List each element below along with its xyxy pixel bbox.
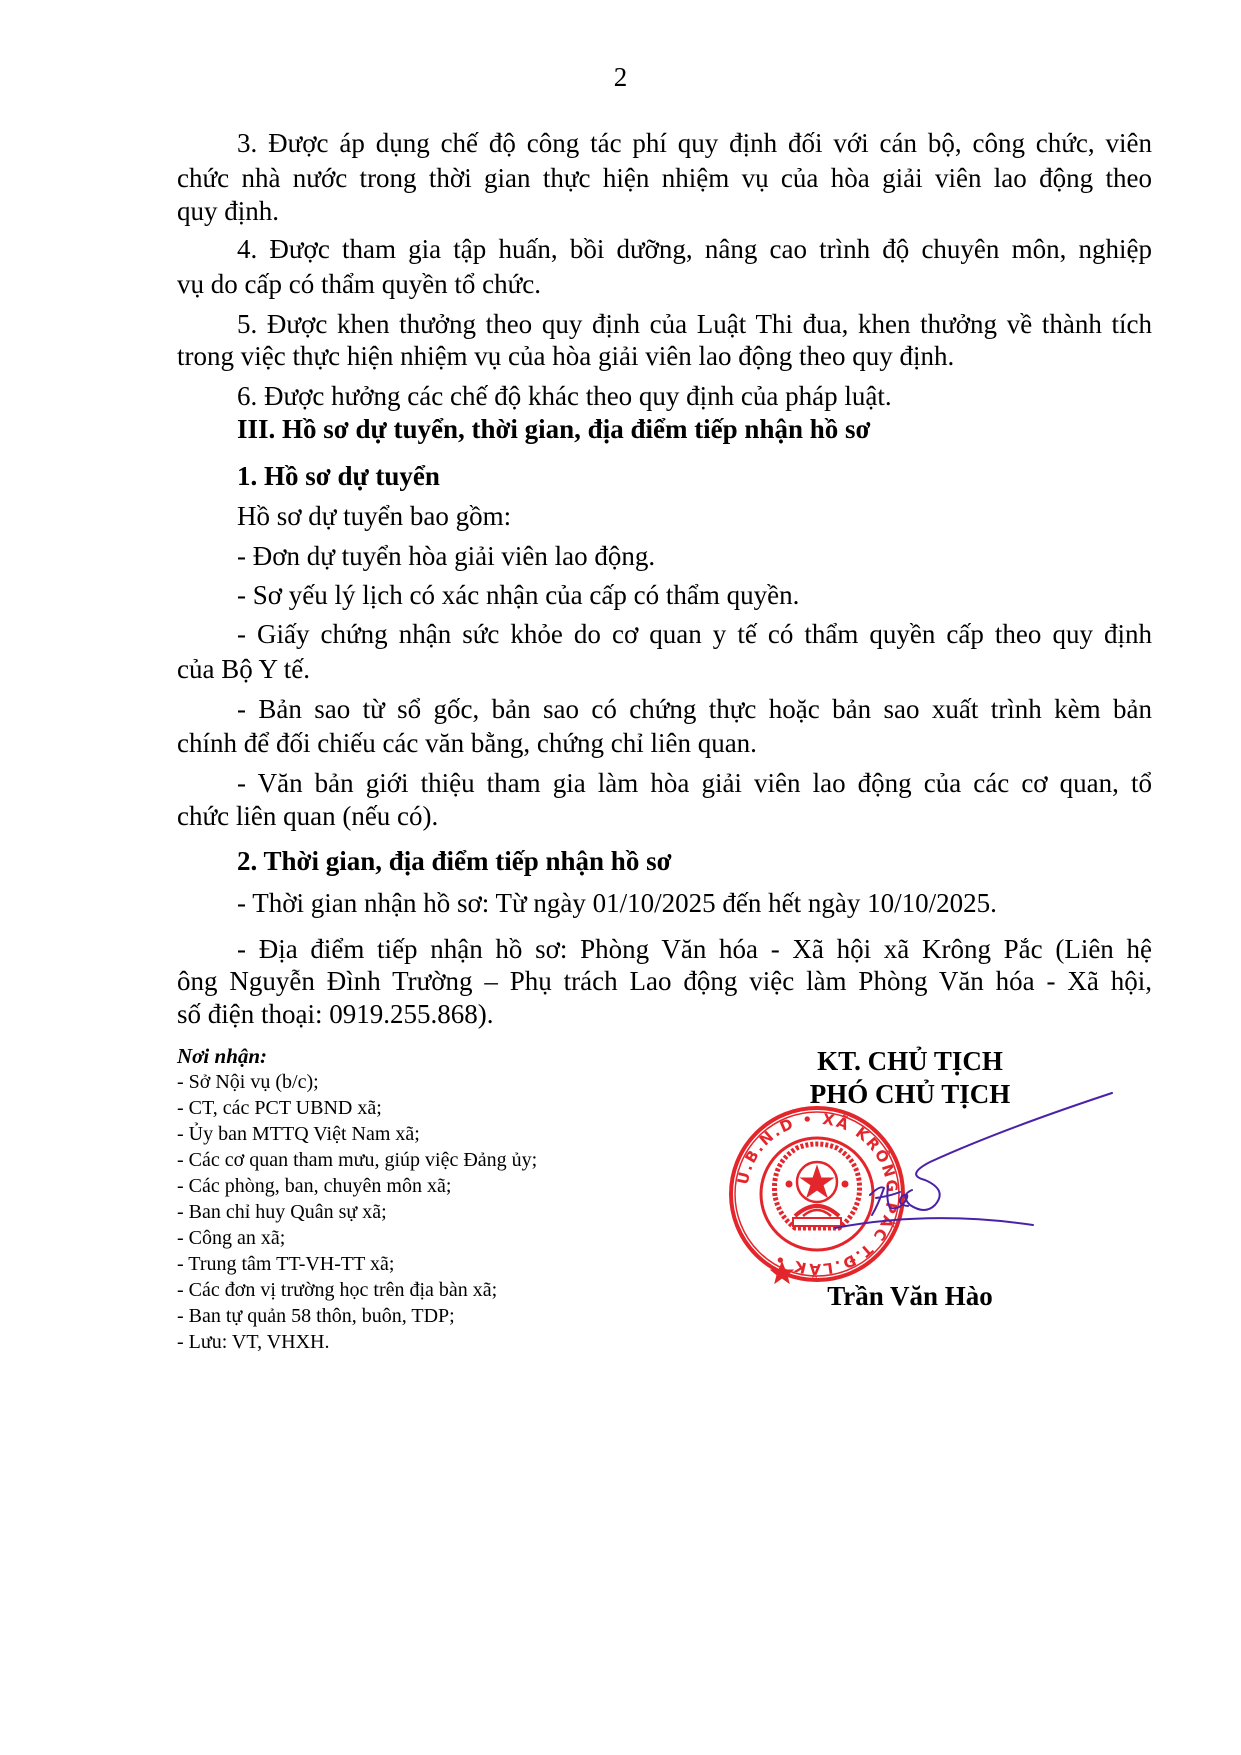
list-item-continued: của Bộ Y tế.: [177, 654, 1152, 684]
intro-line: Hồ sơ dự tuyển bao gồm:: [237, 501, 1152, 531]
paragraph-line: quy định.: [177, 196, 1152, 226]
recipient-item: - Các phòng, ban, chuyên môn xã;: [177, 1173, 537, 1199]
paragraph-line: 6. Được hưởng các chế độ khác theo quy đ…: [237, 381, 1152, 411]
subsection-heading: 2. Thời gian, địa điểm tiếp nhận hồ sơ: [237, 846, 1152, 876]
official-seal-icon: U.B.N.D • XÃ KRÔNG PẮC T.Đ.LẮK •: [727, 1104, 907, 1284]
page-number: 2: [0, 62, 1241, 92]
recipient-item: - Lưu: VT, VHXH.: [177, 1329, 537, 1355]
list-item-continued: chức liên quan (nếu có).: [177, 801, 1152, 831]
recipient-item: - Trung tâm TT-VH-TT xã;: [177, 1251, 537, 1277]
paragraph-line: vụ do cấp có thẩm quyền tổ chức.: [177, 269, 1152, 299]
recipient-item: - Công an xã;: [177, 1225, 537, 1251]
list-item: - Sơ yếu lý lịch có xác nhận của cấp có …: [237, 580, 1152, 610]
list-item-continued: chính để đối chiếu các văn bằng, chứng c…: [177, 728, 1152, 758]
section-heading: III. Hồ sơ dự tuyển, thời gian, địa điểm…: [237, 414, 1152, 444]
signatory-title-line1: KT. CHỦ TỊCH: [760, 1045, 1060, 1077]
paragraph-line: chức nhà nước trong thời gian thực hiện …: [177, 163, 1152, 193]
list-item: - Giấy chứng nhận sức khỏe do cơ quan y …: [237, 619, 1152, 649]
list-item: - Văn bản giới thiệu tham gia làm hòa gi…: [237, 768, 1152, 798]
list-item: - Đơn dự tuyển hòa giải viên lao động.: [237, 541, 1152, 571]
list-item-continued: ông Nguyễn Đình Trường – Phụ trách Lao đ…: [177, 966, 1152, 996]
paragraph-line: trong việc thực hiện nhiệm vụ của hòa gi…: [177, 341, 1152, 371]
recipient-item: - Ủy ban MTTQ Việt Nam xã;: [177, 1121, 537, 1147]
recipient-item: - Sở Nội vụ (b/c);: [177, 1069, 537, 1095]
list-item-continued: số điện thoại: 0919.255.868).: [177, 999, 1152, 1029]
recipient-item: - Các đơn vị trường học trên địa bàn xã;: [177, 1277, 537, 1303]
signer-name: Trần Văn Hào: [760, 1280, 1060, 1312]
recipient-item: - Ban tự quản 58 thôn, buôn, TDP;: [177, 1303, 537, 1329]
paragraph-line: 4. Được tham gia tập huấn, bồi dưỡng, nâ…: [237, 234, 1152, 264]
recipient-item: - Ban chỉ huy Quân sự xã;: [177, 1199, 537, 1225]
recipient-item: - Các cơ quan tham mưu, giúp việc Đảng ủ…: [177, 1147, 537, 1173]
list-item: - Thời gian nhận hồ sơ: Từ ngày 01/10/20…: [237, 888, 1152, 918]
recipients-block: Nơi nhận: - Sở Nội vụ (b/c); - CT, các P…: [177, 1043, 537, 1355]
list-item: - Bản sao từ sổ gốc, bản sao có chứng th…: [237, 694, 1152, 724]
subsection-heading: 1. Hồ sơ dự tuyển: [237, 461, 1152, 491]
document-page: 2 3. Được áp dụng chế độ công tác phí qu…: [0, 0, 1241, 1755]
recipients-title: Nơi nhận:: [177, 1043, 537, 1069]
recipient-item: - CT, các PCT UBND xã;: [177, 1095, 537, 1121]
paragraph-line: 3. Được áp dụng chế độ công tác phí quy …: [237, 128, 1152, 158]
paragraph-line: 5. Được khen thưởng theo quy định của Lu…: [237, 309, 1152, 339]
list-item: - Địa điểm tiếp nhận hồ sơ: Phòng Văn hó…: [237, 934, 1152, 964]
